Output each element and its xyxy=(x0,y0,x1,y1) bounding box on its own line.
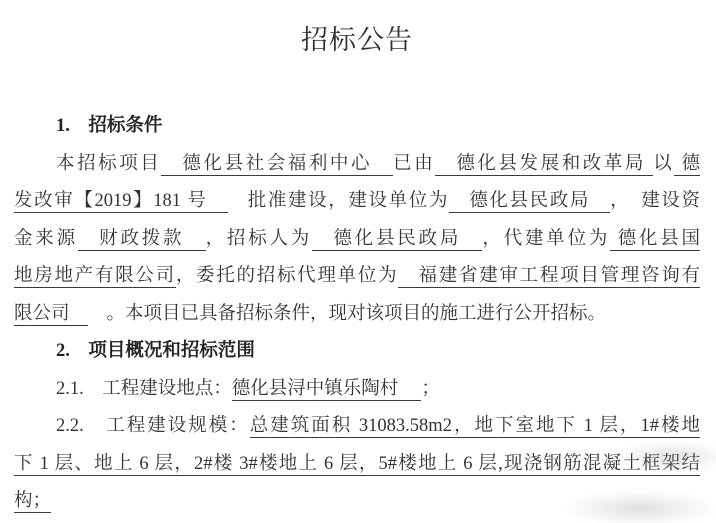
text-segment: 金来源 xyxy=(14,229,78,249)
underlined-field: 下 1 层、地上 6 层，2#楼 3#楼地上 6 层，5#楼地上 6 层,现浇钢… xyxy=(14,454,700,476)
doc-text-line: 限公司 。本项目已具备招标条件，现对该项目的施工进行公开招标。 xyxy=(14,296,700,334)
text-segment: 2.1. 工程建设地点： xyxy=(56,379,232,399)
underlined-field: 限公司 xyxy=(14,304,88,326)
underlined-field: 地房地产有限公司 xyxy=(14,266,176,288)
text-segment: ； xyxy=(421,379,440,399)
text-segment: 1. 招标条件 xyxy=(56,116,162,136)
underlined-field: 发改审【2019】181 号 xyxy=(14,191,228,213)
doc-text-line: 构； xyxy=(14,483,700,521)
doc-text-line: 本招标项目 德化县社会福利中心 已由 德化县发展和改革局 以 德 xyxy=(14,146,700,184)
underlined-field: 财政拨款 xyxy=(78,229,206,251)
underlined-field: 德化县社会福利中心 xyxy=(161,154,393,176)
underlined-field: 德 xyxy=(674,154,700,176)
doc-heading-line: 1. 招标条件 xyxy=(14,108,700,146)
underlined-field: 总建筑面积 31083.58m2，地下室地下 1 层，1#楼地 xyxy=(250,416,700,438)
underlined-field: 德化县民政局 xyxy=(449,191,610,213)
text-segment: ，招标人为 xyxy=(206,229,312,249)
text-segment: ，委托的招标代理单位为 xyxy=(176,266,399,286)
text-segment: ， 建设资 xyxy=(610,191,700,211)
text-segment: ，代建单位为 xyxy=(482,229,610,249)
underlined-field: 德化县发展和改革局 xyxy=(435,154,653,176)
text-segment: 以 xyxy=(653,154,674,174)
text-segment: 本招标项目 xyxy=(56,154,161,174)
doc-text-line: 2.1. 工程建设地点：德化县浔中镇乐陶村 ； xyxy=(14,371,700,409)
doc-text-line: 地房地产有限公司，委托的招标代理单位为 福建省建审工程项目管理咨询有 xyxy=(14,258,700,296)
text-segment: 已由 xyxy=(393,154,435,174)
doc-text-line: 金来源 财政拨款 ，招标人为 德化县民政局 ，代建单位为 德化县国 xyxy=(14,221,700,259)
underlined-field: 德化县浔中镇乐陶村 xyxy=(232,379,422,401)
doc-text-line: 2.2. 工程建设规模：总建筑面积 31083.58m2，地下室地下 1 层，1… xyxy=(14,408,700,446)
document-title: 招标公告 xyxy=(14,21,700,59)
underlined-field: 福建省建审工程项目管理咨询有 xyxy=(398,266,700,288)
underlined-field: 德化县国 xyxy=(610,229,700,251)
text-segment: 。本项目已具备招标条件，现对该项目的施工进行公开招标。 xyxy=(88,304,606,324)
doc-text-line: 下 1 层、地上 6 层，2#楼 3#楼地上 6 层，5#楼地上 6 层,现浇钢… xyxy=(14,446,700,484)
document-body: 1. 招标条件本招标项目 德化县社会福利中心 已由 德化县发展和改革局 以 德发… xyxy=(14,108,700,521)
doc-text-line: 发改审【2019】181 号 批准建设，建设单位为 德化县民政局 ， 建设资 xyxy=(14,183,700,221)
underlined-field: 德化县民政局 xyxy=(312,229,482,251)
text-segment: 批准建设，建设单位为 xyxy=(228,191,449,211)
text-segment: 2.2. 工程建设规模： xyxy=(56,416,250,436)
document-page: 招标公告 1. 招标条件本招标项目 德化县社会福利中心 已由 德化县发展和改革局… xyxy=(0,0,716,523)
text-segment: 2. 项目概况和招标范围 xyxy=(56,341,255,361)
doc-heading-line: 2. 项目概况和招标范围 xyxy=(14,333,700,371)
underlined-field: 构； xyxy=(14,491,51,513)
